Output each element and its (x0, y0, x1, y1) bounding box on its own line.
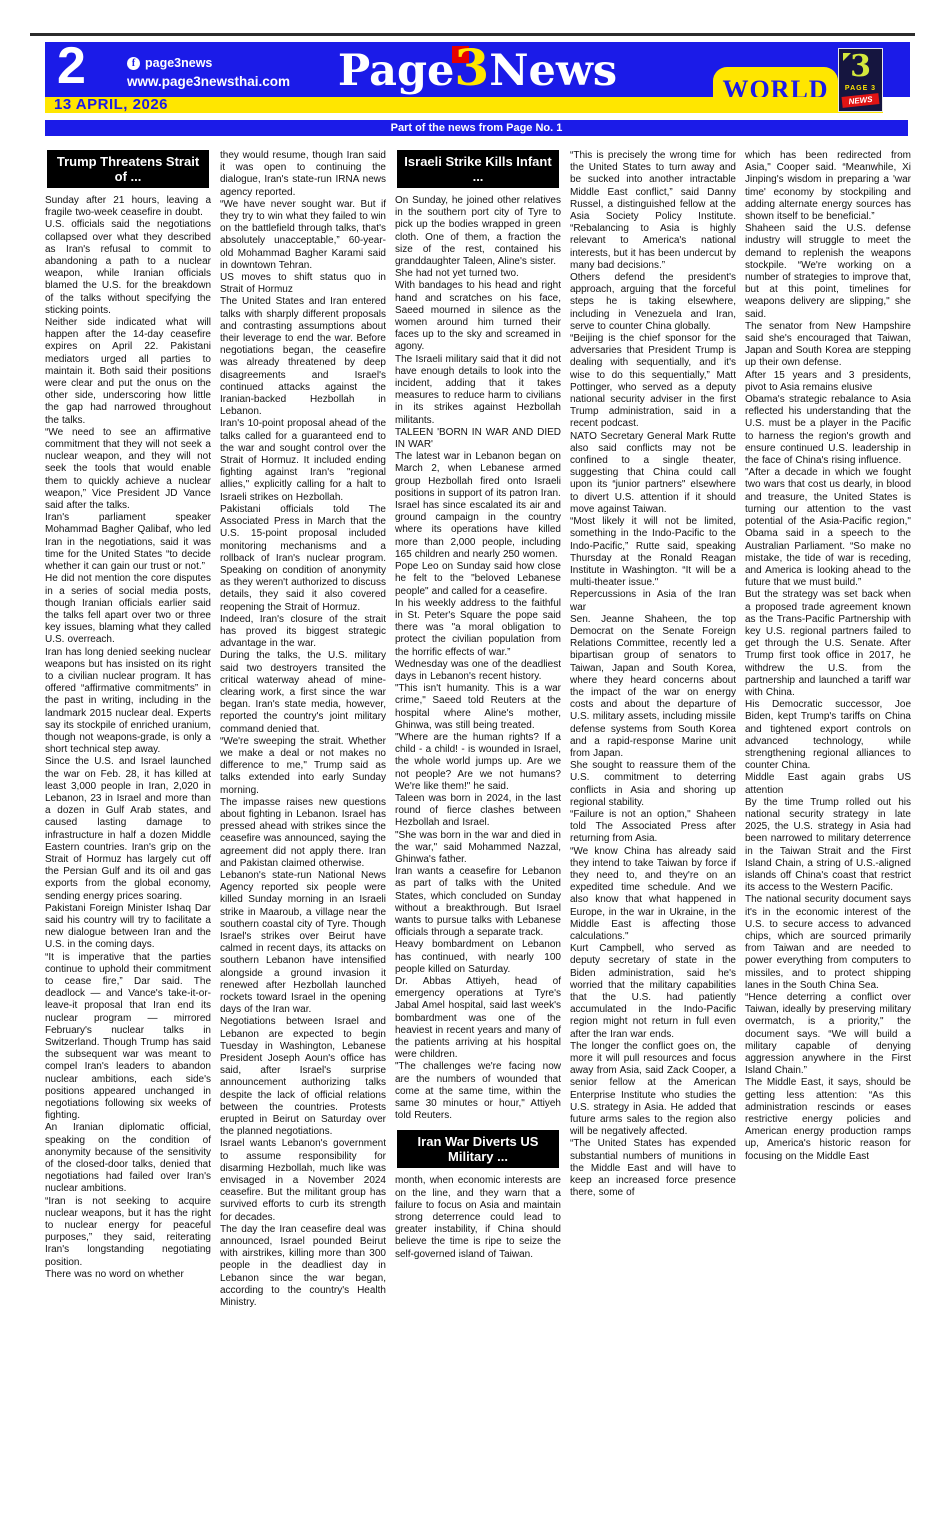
article-paragraph: "Where are the human rights? If a child … (395, 732, 561, 793)
article-paragraph: "She was born in the war and died in the… (395, 830, 561, 867)
article-headline: Israeli Strike Kills Infant ... (397, 150, 559, 188)
article-paragraph: Israel has since escalated its air and g… (395, 500, 561, 561)
masthead-part-3: 3 (454, 38, 489, 97)
article-paragraph: The Middle East, it says, should be gett… (745, 1077, 911, 1162)
article-paragraph: Lebanon's state-run National News Agency… (220, 870, 386, 1016)
article-paragraph: In his weekly address to the faithful in… (395, 598, 561, 659)
article-paragraph: Sen. Jeanne Shaheen, the top Democrat on… (570, 614, 736, 760)
article-paragraph: U.S. officials said the negotiations col… (45, 219, 211, 317)
article-paragraph: Shaheen said the U.S. defense industry w… (745, 223, 911, 321)
article-paragraph: Since the U.S. and Israel launched the w… (45, 756, 211, 902)
article-paragraph: TALEEN 'BORN IN WAR AND DIED IN WAR' (395, 427, 561, 451)
article-paragraph: Iran wants a ceasefire for Lebanon as pa… (395, 866, 561, 939)
article-paragraph: He did not mention the core disputes in … (45, 573, 211, 646)
article-paragraph: She sought to reassure them of the U.S. … (570, 760, 736, 809)
article-paragraph: they would resume, though Iran said it w… (220, 150, 386, 199)
article-paragraph: “We have never sought war. But if they t… (220, 199, 386, 272)
column-1: Trump Threatens Strait of ...Sunday afte… (45, 150, 211, 1309)
top-rule (30, 33, 915, 36)
article-paragraph: Indeed, Iran's closure of the strait has… (220, 614, 386, 651)
article-paragraph: After 15 years and 3 presidents, pivot t… (745, 370, 911, 394)
article-paragraph: Kurt Campbell, who served as deputy secr… (570, 943, 736, 1041)
masthead-part-left: Page (338, 46, 454, 96)
article-paragraph: There was no word on whether (45, 1269, 211, 1281)
article-paragraph: Iran's parliament speaker Mohammad Baghe… (45, 512, 211, 573)
article-paragraph: The national security document says it's… (745, 894, 911, 992)
column-3: Israeli Strike Kills Infant ...On Sunday… (395, 150, 561, 1309)
article-paragraph: Pakistani Foreign Minister Ishaq Dar sai… (45, 903, 211, 952)
logo-page3-label: PAGE 3 (839, 85, 882, 92)
logo-news-ribbon: NEWS (842, 93, 880, 108)
article-paragraph: “Iran is not seeking to acquire nuclear … (45, 1196, 211, 1269)
article-paragraph: US moves to shift status quo in Strait o… (220, 272, 386, 296)
newspaper-page: WORLD 13 APRIL, 2026 2 f page3news www.p… (0, 0, 945, 1531)
article-paragraph: “Most likely it will not be limited, som… (570, 516, 736, 589)
logo-number: 3 (839, 49, 882, 85)
article-headline: Iran War Diverts US Military ... (397, 1130, 559, 1168)
article-paragraph: She had not yet turned two. (395, 268, 561, 280)
article-paragraph: His Democratic successor, Joe Biden, kep… (745, 699, 911, 772)
article-paragraph: Iran's 10-point proposal ahead of the ta… (220, 418, 386, 503)
article-paragraph: "After a decade in which we fought two w… (745, 467, 911, 589)
article-paragraph: “Failure is not an option," Shaheen told… (570, 809, 736, 846)
page3-logo: 3 PAGE 3 NEWS (838, 48, 883, 112)
article-paragraph: "This isn't humanity. This is a war crim… (395, 683, 561, 732)
article-columns: Trump Threatens Strait of ...Sunday afte… (45, 150, 911, 1309)
article-paragraph: Sunday after 21 hours, leaving a fragile… (45, 195, 211, 219)
article-paragraph: Obama's strategic rebalance to Asia refl… (745, 394, 911, 467)
article-paragraph: “Beijing is the chief sponsor for the ad… (570, 333, 736, 431)
article-paragraph: “Hence deterring a conflict over Taiwan,… (745, 992, 911, 1077)
subheader-banner: Part of the news from Page No. 1 (45, 120, 908, 136)
article-paragraph: With bandages to his head and right hand… (395, 280, 561, 353)
article-paragraph: The longer the conflict goes on, the mor… (570, 1041, 736, 1139)
article-paragraph: The latest war in Lebanon began on March… (395, 451, 561, 500)
article-paragraph: Pakistani officials told The Associated … (220, 504, 386, 614)
article-paragraph: But the strategy was set back when a pro… (745, 589, 911, 699)
article-paragraph: The United States and Iran entered talks… (220, 296, 386, 418)
article-paragraph: Heavy bombardment on Lebanon has continu… (395, 939, 561, 976)
article-paragraph: Middle East again grabs US attention (745, 772, 911, 796)
article-paragraph: The impasse raises new questions about f… (220, 797, 386, 870)
article-paragraph: Wednesday was one of the deadliest days … (395, 659, 561, 683)
article-paragraph: "The challenges we're facing now are the… (395, 1061, 561, 1122)
article-paragraph: Pope Leo on Sunday said how close he fel… (395, 561, 561, 598)
article-paragraph: The Israeli military said that it did no… (395, 354, 561, 427)
article-paragraph: Repercussions in Asia of the Iran war (570, 589, 736, 613)
article-paragraph: “We know China has already said they int… (570, 846, 736, 944)
article-paragraph: “This is precisely the wrong time for th… (570, 150, 736, 272)
article-paragraph: The senator from New Hampshire said she'… (745, 321, 911, 370)
article-paragraph: NATO Secretary General Mark Rutte also s… (570, 431, 736, 516)
article-paragraph: Dr. Abbas Attiyeh, head of emergency ope… (395, 976, 561, 1061)
column-4: “This is precisely the wrong time for th… (570, 150, 736, 1309)
subheader-text: Part of the news from Page No. 1 (45, 120, 908, 136)
article-paragraph: “It is imperative that the parties conti… (45, 952, 211, 1123)
article-paragraph: During the talks, the U.S. military said… (220, 650, 386, 735)
article-paragraph: “We need to see an affirmative commitmen… (45, 427, 211, 512)
article-paragraph: which has been redirected from Asia," Co… (745, 150, 911, 223)
column-2: they would resume, though Iran said it w… (220, 150, 386, 1309)
masthead-part-right: News (489, 46, 617, 96)
article-paragraph: Taleen was born in 2024, in the last rou… (395, 793, 561, 830)
date-strip (45, 97, 883, 113)
article-paragraph: Neither side indicated what will happen … (45, 317, 211, 427)
article-paragraph: Others defend the president's approach, … (570, 272, 736, 333)
article-paragraph: month, when economic interests are on th… (395, 1175, 561, 1260)
article-headline: Trump Threatens Strait of ... (47, 150, 209, 188)
article-paragraph: “The United States has expended substant… (570, 1138, 736, 1199)
article-paragraph: By the time Trump rolled out his nationa… (745, 797, 911, 895)
article-paragraph: Iran has long denied seeking nuclear wea… (45, 647, 211, 757)
masthead: Page3News (45, 40, 910, 99)
article-paragraph: Negotiations between Israel and Lebanon … (220, 1016, 386, 1138)
article-paragraph: “We're sweeping the strait. Whether we m… (220, 736, 386, 797)
article-paragraph: The day the Iran ceasefire deal was anno… (220, 1224, 386, 1309)
article-paragraph: An Iranian diplomatic official, speaking… (45, 1122, 211, 1195)
article-paragraph: Israel wants Lebanon's government to ass… (220, 1138, 386, 1223)
article-paragraph: On Sunday, he joined other relatives in … (395, 195, 561, 268)
column-5: which has been redirected from Asia," Co… (745, 150, 911, 1309)
